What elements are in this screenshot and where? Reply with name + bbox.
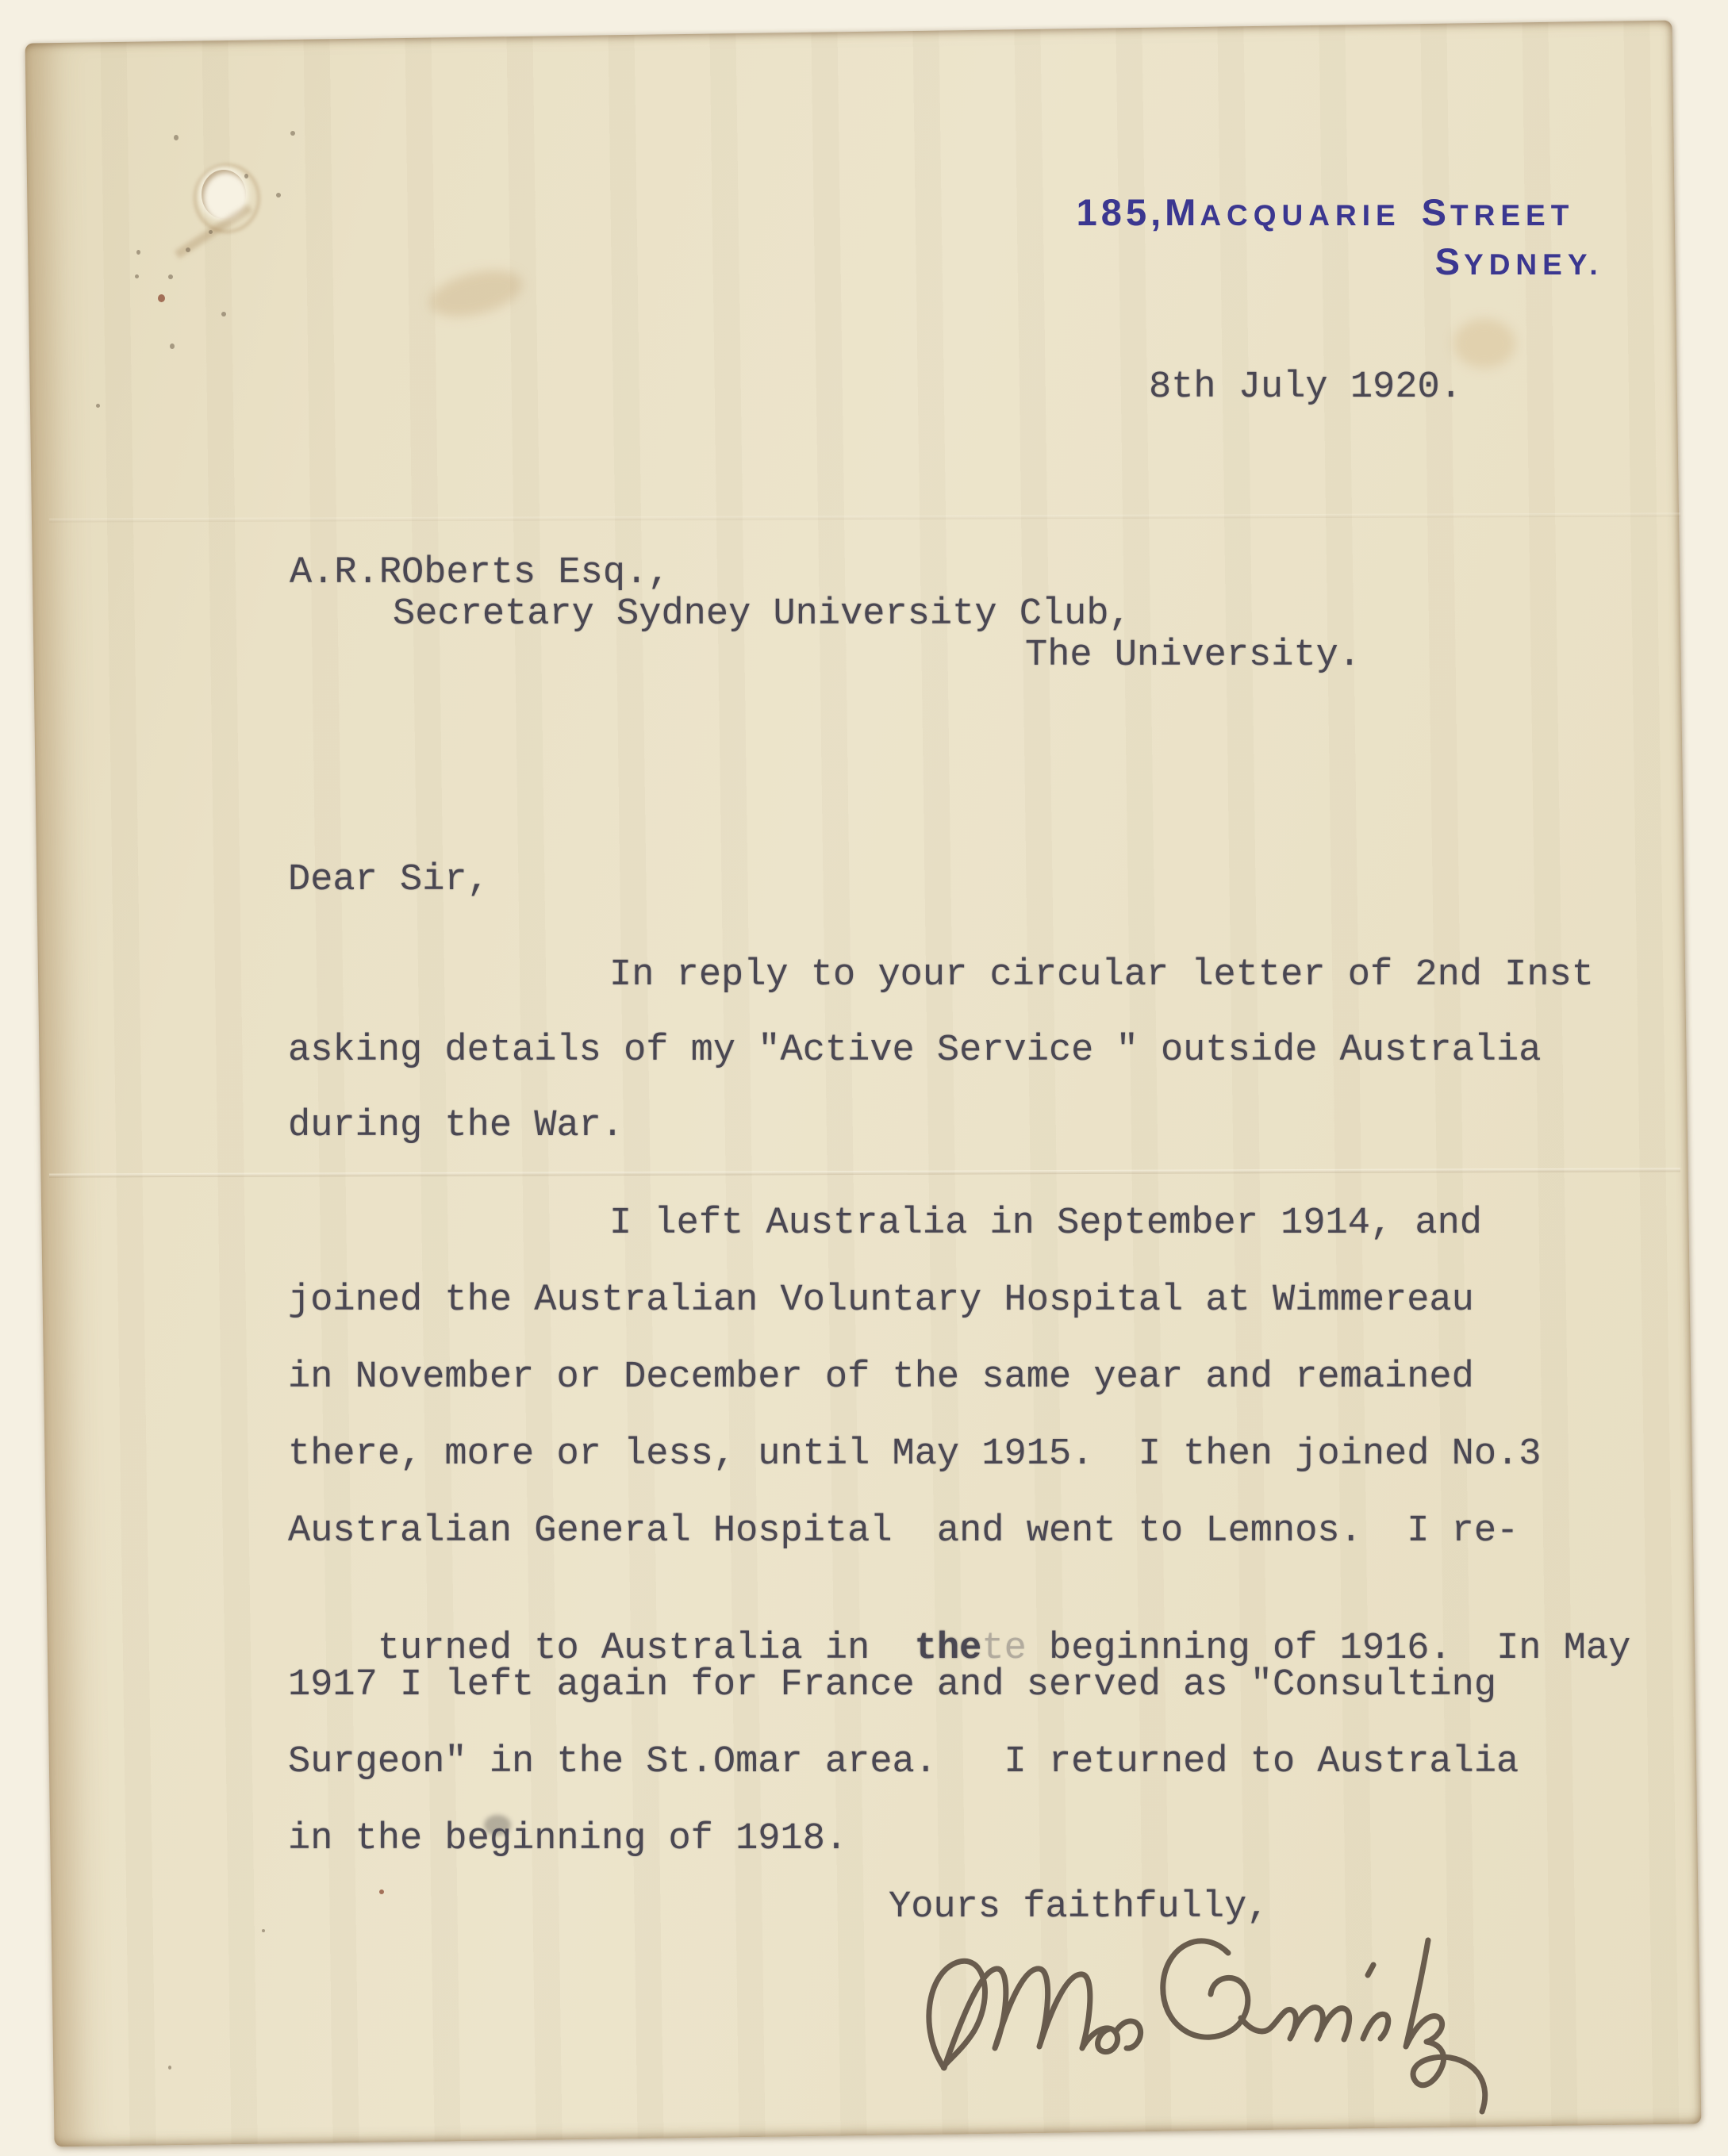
salutation: Dear Sir, xyxy=(288,861,490,901)
body-line: in the beginning of 1918. xyxy=(288,1820,847,1860)
signature xyxy=(882,1897,1596,2135)
letterhead-city-line: SYDNEY. xyxy=(1414,225,1603,297)
body-line: I left Australia in September 1914, and xyxy=(609,1204,1482,1245)
paper-sheet xyxy=(25,21,1702,2147)
body-line: In reply to your circular letter of 2nd … xyxy=(609,956,1594,996)
speck xyxy=(244,174,248,178)
speck xyxy=(290,131,295,136)
speck xyxy=(186,247,190,252)
letterhead-text: 185,M xyxy=(1077,191,1200,233)
letterhead-text: S xyxy=(1435,240,1464,282)
speck xyxy=(96,404,100,408)
rust-speck xyxy=(379,1889,384,1894)
speck xyxy=(174,135,179,140)
signature-stroke xyxy=(1406,1940,1485,2112)
body-line: in November or December of the same year… xyxy=(288,1358,1474,1398)
speck xyxy=(136,250,140,255)
recipient-title: Secretary Sydney University Club, xyxy=(393,595,1131,635)
body-text: turned to Australia in xyxy=(378,1628,915,1670)
body-line: there, more or less, until May 1915. I t… xyxy=(288,1435,1541,1475)
body-line: Surgeon" in the St.Omar area. I returned… xyxy=(288,1743,1519,1783)
speck xyxy=(168,274,173,279)
body-line: asking details of my "Active Service " o… xyxy=(288,1031,1541,1072)
ghost-erased-letters: te xyxy=(981,1628,1026,1670)
overstruck-word: the xyxy=(915,1628,982,1670)
recipient-name: A.R.ROberts Esq., xyxy=(290,554,670,594)
stain xyxy=(1453,319,1515,368)
rust-speck xyxy=(158,294,165,302)
speck xyxy=(170,343,175,349)
speck xyxy=(168,2066,171,2070)
speck xyxy=(276,193,281,198)
body-text: beginning of 1916. In May xyxy=(1027,1628,1631,1670)
signature-stroke xyxy=(929,1961,1090,2068)
signature-stroke xyxy=(1363,1965,1388,2039)
signature-stroke xyxy=(1163,1941,1248,2037)
letter-date: 8th July 1920. xyxy=(1149,368,1462,409)
body-line: during the War. xyxy=(288,1107,624,1147)
speck xyxy=(262,1929,265,1932)
speck xyxy=(135,274,139,278)
body-line: 1917 I left again for France and served … xyxy=(288,1666,1496,1706)
letterhead-text: ACQUARIE xyxy=(1200,199,1400,232)
signature-stroke xyxy=(1082,2021,1141,2052)
speck xyxy=(221,312,226,316)
body-line: joined the Australian Voluntary Hospital… xyxy=(288,1281,1474,1322)
recipient-location: The University. xyxy=(1025,636,1361,677)
scanned-letter-page: 185,MACQUARIESTREET SYDNEY. 8th July 192… xyxy=(0,0,1728,2156)
speck xyxy=(209,230,213,234)
signature-stroke xyxy=(1241,2008,1350,2039)
letterhead-text: YDNEY. xyxy=(1464,248,1603,281)
body-line: Australian General Hospital and went to … xyxy=(288,1512,1519,1552)
